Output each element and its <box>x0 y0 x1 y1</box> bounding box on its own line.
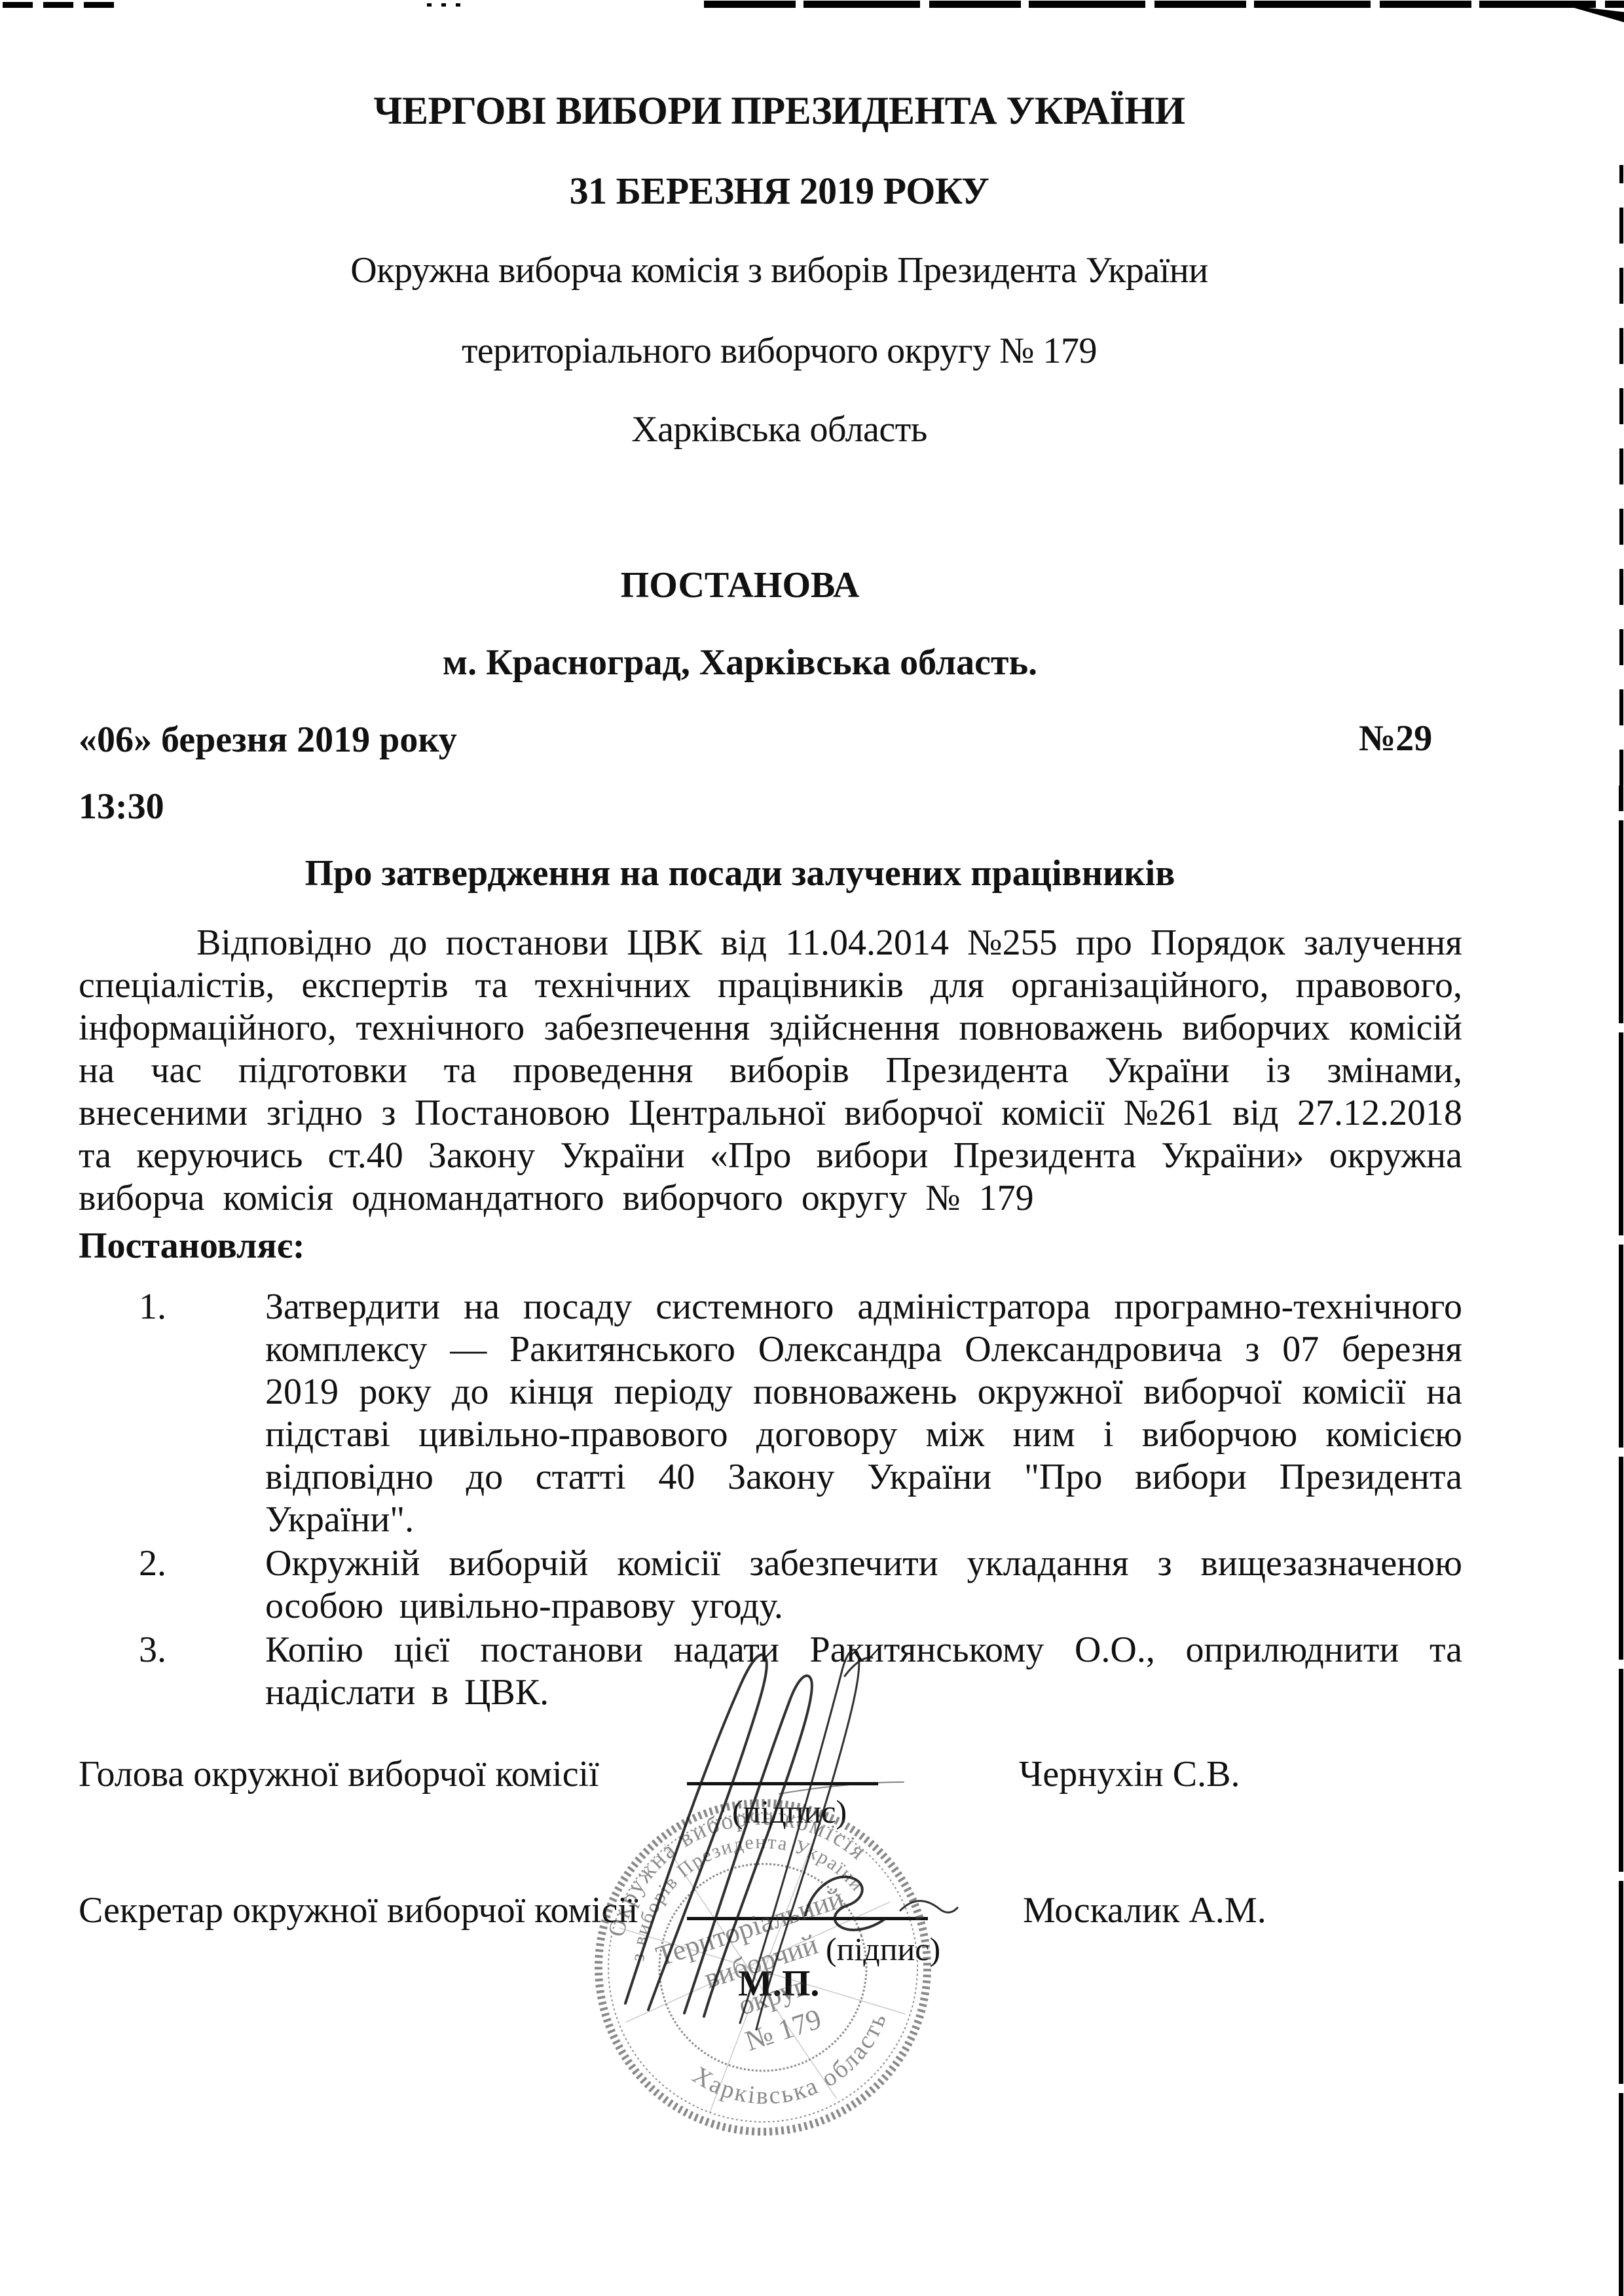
resolution-item: 1. Затвердити на посаду системного адмін… <box>79 1286 1462 1541</box>
header-line-commission: Окружна виборча комісія з виборів Презид… <box>79 249 1480 291</box>
scan-artifact-top-dots <box>427 3 465 7</box>
doc-type-title: ПОСТАНОВА <box>79 564 1401 606</box>
item-text: Затвердити на посаду системного адмініст… <box>265 1286 1462 1540</box>
signature-role-secretary: Секретар окружної виборчої комісії <box>79 1889 638 1931</box>
header-line-region: Харківська область <box>79 409 1480 450</box>
signature-name-secretary: Москалик А.М. <box>1023 1889 1266 1931</box>
scan-artifact-right-edge-lower <box>1619 786 1623 2296</box>
signature-role-head: Голова окружної виборчої комісії <box>79 1753 599 1795</box>
scan-artifact-top-left <box>3 2 122 8</box>
header-line-district: територіального виборчого округу № 179 <box>79 330 1480 372</box>
item-number: 1. <box>139 1286 166 1328</box>
header-line-election-title: ЧЕРГОВІ ВИБОРИ ПРЕЗИДЕНТА УКРАЇНИ <box>79 88 1480 134</box>
signature-scribble-head <box>563 1611 956 2043</box>
scan-artifact-right-edge-upper <box>1619 165 1623 786</box>
scan-artifact-top-right <box>704 1 1624 8</box>
doc-date: «06» березня 2019 року <box>79 719 457 761</box>
item-number: 2. <box>139 1542 166 1585</box>
item-number: 3. <box>139 1629 166 1671</box>
doc-number: №29 <box>1359 718 1432 759</box>
doc-place-line: м. Красноград, Харківська область. <box>79 642 1401 683</box>
intro-paragraph: Відповідно до постанови ЦВК від 11.04.20… <box>79 922 1462 1220</box>
header-line-election-date: 31 БЕРЕЗНЯ 2019 РОКУ <box>79 169 1480 213</box>
signature-scribble-secretary <box>786 1859 982 1951</box>
resolves-label: Постановляє: <box>79 1225 1462 1267</box>
doc-body: Відповідно до постанови ЦВК від 11.04.20… <box>79 922 1462 1715</box>
doc-subject: Про затвердження на посади залучених пра… <box>79 852 1401 894</box>
doc-time: 13:30 <box>79 786 164 828</box>
scanned-document-page: ЧЕРГОВІ ВИБОРИ ПРЕЗИДЕНТА УКРАЇНИ 31 БЕР… <box>0 0 1624 2296</box>
signature-name-head: Чернухін С.В. <box>1019 1753 1240 1795</box>
